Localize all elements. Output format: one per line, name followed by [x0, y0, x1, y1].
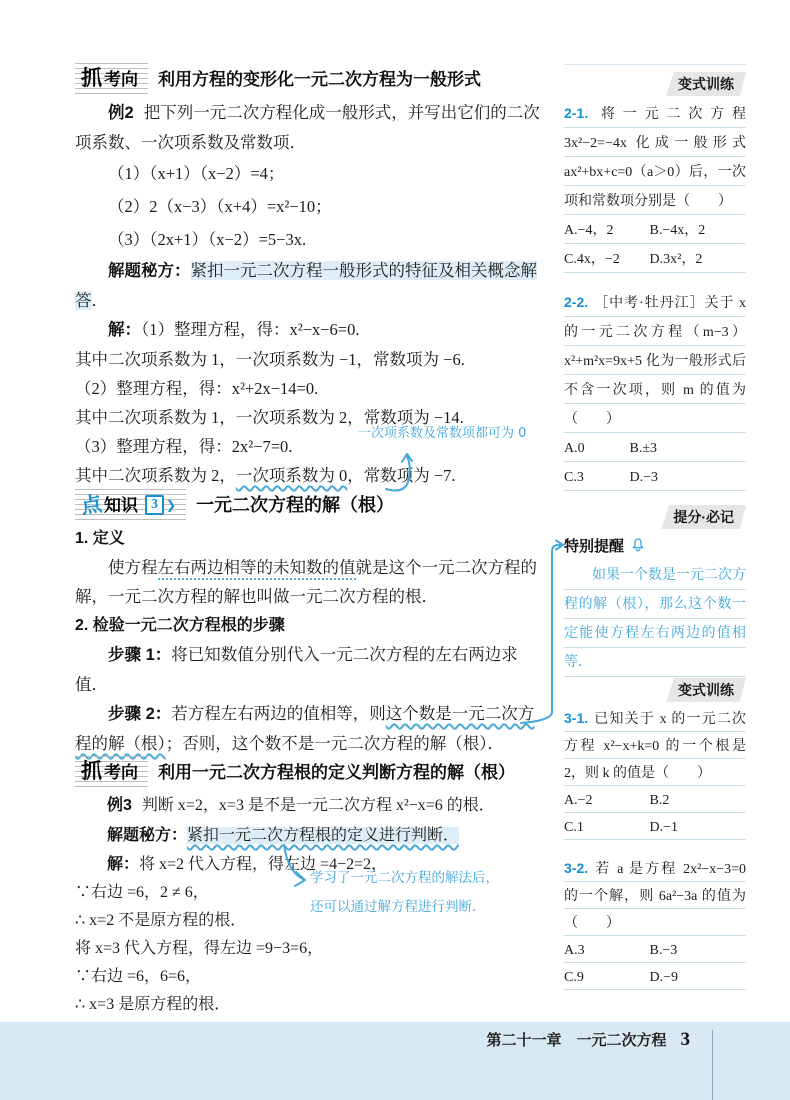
example3-solution-5: ∵右边 =6，6=6，: [75, 963, 547, 991]
problem-2-2-text: 2-2.［中考·牡丹江］关于 x 的一元二次方程（m−3）x²+m²x=9x+5…: [564, 288, 746, 434]
problem-number: 3-1.: [564, 710, 588, 726]
options-row: C.3D.−3: [564, 463, 746, 492]
definition-heading: 1. 定义: [75, 524, 547, 553]
page-number: 3: [681, 1029, 691, 1051]
example2-intro: 例2把下列一元二次方程化成一般形式，并写出它们的二次项系数、一次项系数及常数项．: [75, 98, 547, 157]
problem-text: 若 a 是方程 2x²−x−3=0 的一个解，则 6a²−3a 的值为（ ）: [564, 862, 746, 931]
footer-text: 第二十一章 一元二次方程 3: [486, 1029, 690, 1051]
problem-3-2-text: 3-2.若 a 是方程 2x²−x−3=0 的一个解，则 6a²−3a 的值为（…: [564, 855, 746, 937]
special-reminder-label: 特别提醒: [564, 535, 624, 556]
focus-heading-1: 抓考向 利用方程的变形化一元二次方程为一般形式: [75, 64, 547, 94]
coeff-3-wavy-emphasis: 一次项系数为 0: [236, 466, 347, 485]
section-knowledge-3: 点知识3❯ 一元二次方程的解（根） 1. 定义 使方程左右两边相等的未知数的值就…: [75, 490, 547, 758]
focus-badge-icon: 抓考向: [75, 756, 148, 789]
option-d: D.−1: [650, 814, 746, 841]
focus-badge-icon: 抓考向: [75, 63, 148, 96]
step-1-label: 步骤 1：: [108, 646, 171, 664]
sidebar-group-reminder: 提分·必记 特别提醒 如果一个数是一元二次方程的解（根），那么这个数一定能使方程…: [564, 505, 746, 677]
solution-eq-1: （1）整理方程，得：x²−x−6=0.: [141, 320, 360, 339]
chapter-title: 第二十一章 一元二次方程: [486, 1029, 666, 1050]
step-2: 步骤 2：若方程左右两边的值相等，则这个数是一元二次方程的解（根）；否则，这个数…: [75, 699, 547, 758]
knowledge-number-box: 3: [145, 495, 164, 515]
problem-text: 关于 x 的一元二次方程（m−3）x²+m²x=9x+5 化为一般形式后不含一次…: [564, 296, 746, 427]
handwritten-note-solving: 学习了一元二次方程的解法后， 还可以通过解方程进行判断．: [310, 864, 520, 922]
focus-title: 利用一元二次方程根的定义判断方程的解（根）: [158, 758, 515, 787]
problem-2-2: 2-2.［中考·牡丹江］关于 x 的一元二次方程（m−3）x²+m²x=9x+5…: [564, 288, 746, 492]
sidebar-group-variant-3: 变式训练 3-1.已知关于 x 的一元二次方程 x²−x+k=0 的一个根是 2…: [564, 678, 746, 991]
footer-divider: [712, 1030, 713, 1100]
option-c: C.4x，−2: [564, 245, 650, 274]
knowledge-title: 一元二次方程的解（根）: [196, 491, 394, 520]
knowledge-heading: 点知识3❯ 一元二次方程的解（根）: [75, 490, 547, 520]
example3-question: 例3判断 x=2，x=3 是不是一元二次方程 x²−x=6 的根．: [75, 791, 547, 821]
example3-question-text: 判断 x=2，x=3 是不是一元二次方程 x²−x=6 的根．: [142, 797, 495, 814]
option-b: B.2: [650, 787, 746, 814]
example2-label: 例2: [108, 104, 134, 122]
example3-label: 例3: [107, 797, 132, 814]
handwritten-note-coefficients: 一次项系数及常数项都可为 0: [358, 424, 553, 444]
focus-title: 利用方程的变形化一元二次方程为一般形式: [158, 65, 481, 94]
textbook-page: 抓考向 利用方程的变形化一元二次方程为一般形式 例2把下列一元二次方程化成一般形…: [0, 0, 790, 1100]
option-b: B.±3: [630, 434, 746, 463]
option-b: B.−3: [650, 937, 746, 964]
problem-text: 已知关于 x 的一元二次方程 x²−x+k=0 的一个根是 2，则 k 的值是（…: [564, 712, 746, 781]
focus-heading-2: 抓考向 利用一元二次方程根的定义判断方程的解（根）: [75, 757, 547, 787]
exam-source-tag: ［中考·牡丹江］: [593, 296, 704, 311]
chevron-right-icon: ❯: [166, 491, 176, 520]
options-row: C.1D.−1: [564, 814, 746, 841]
example2-items: （1）（x+1）（x−2）=4； （2）2（x−3）（x+4）=x²−10； （…: [75, 157, 547, 256]
options-row: A.−2B.2: [564, 787, 746, 814]
special-reminder-heading: 特别提醒: [564, 532, 746, 558]
option-d: D.−3: [630, 463, 746, 492]
option-c: C.3: [564, 463, 630, 492]
problem-3-1: 3-1.已知关于 x 的一元二次方程 x²−x+k=0 的一个根是 2，则 k …: [564, 705, 746, 841]
step-1: 步骤 1：将已知数值分别代入一元二次方程的左右两边求值．: [75, 640, 547, 699]
example2-intro-text: 把下列一元二次方程化成一般形式，并写出它们的二次项系数、一次项系数及常数项．: [75, 103, 540, 152]
problem-number: 3-2.: [564, 860, 588, 876]
definition-dotted-emphasis: 左右两边相等的未知数的值: [158, 558, 356, 580]
tip-label: 解题秘方：: [108, 262, 191, 280]
coeff-3-pre: 其中二次项系数为 2，: [75, 466, 236, 485]
options-row: C.4x，−2D.3x²，2: [564, 245, 746, 274]
definition-pre: 使方程: [108, 558, 158, 577]
page-footer: 第二十一章 一元二次方程 3: [0, 1022, 790, 1100]
variant-badge-row: 变式训练: [564, 72, 746, 94]
example2-item-1: （1）（x+1）（x−2）=4；: [75, 157, 547, 190]
option-a: A.0: [564, 434, 630, 463]
option-a: A.−4，2: [564, 216, 650, 245]
example2-item-3: （3）（2x+1）（x−2）=5−3x.: [75, 223, 547, 256]
example3-solution-4: 将 x=3 代入方程，得左边 =9−3=6，: [75, 935, 547, 963]
note-line: 还可以通过解方程进行判断．: [310, 893, 520, 922]
bell-icon: [630, 537, 646, 553]
options-row: A.0B.±3: [564, 434, 746, 463]
option-a: A.−2: [564, 787, 650, 814]
spacer: [564, 841, 746, 855]
tip-highlight-wavy: 紧扣一元二次方程根的定义进行判断．: [187, 827, 459, 844]
check-steps-heading: 2. 检验一元二次方程根的步骤: [75, 611, 547, 640]
option-d: D.3x²，2: [650, 245, 746, 274]
problem-3-2: 3-2.若 a 是方程 2x²−x−3=0 的一个解，则 6a²−3a 的值为（…: [564, 855, 746, 991]
spacer: [564, 274, 746, 288]
note-line: 学习了一元二次方程的解法后，: [310, 864, 520, 893]
options-row: C.9D.−9: [564, 964, 746, 991]
options-row: A.−4，2B.−4x，2: [564, 216, 746, 245]
step-2-label: 步骤 2：: [108, 705, 171, 723]
example2-solution-1: 解：（1）整理方程，得：x²−x−6=0.: [75, 315, 547, 345]
variant-training-badge: 变式训练: [666, 72, 746, 96]
sidebar-group-variant-2: 变式训练 2-1.将一元二次方程 3x²−2=−4x 化成一般形式 ax²+bx…: [564, 64, 746, 492]
option-b: B.−4x，2: [650, 216, 746, 245]
option-c: C.1: [564, 814, 650, 841]
boost-memorize-badge: 提分·必记: [661, 505, 746, 529]
option-a: A.3: [564, 937, 650, 964]
problem-number: 2-2.: [564, 294, 588, 310]
options-row: A.3B.−3: [564, 937, 746, 964]
knowledge-badge-icon: 点知识3❯: [75, 489, 186, 522]
step-2-pre: 若方程左右两边的值相等，则: [171, 704, 386, 723]
example2-coeff-3: 其中二次项系数为 2，一次项系数为 0，常数项为 −7.: [75, 461, 547, 490]
problem-2-1: 2-1.将一元二次方程 3x²−2=−4x 化成一般形式 ax²+bx+c=0（…: [564, 99, 746, 274]
problem-3-1-text: 3-1.已知关于 x 的一元二次方程 x²−x+k=0 的一个根是 2，则 k …: [564, 705, 746, 787]
tip-label: 解题秘方：: [107, 827, 187, 844]
boost-badge-row: 提分·必记: [564, 505, 746, 527]
problem-2-1-text: 2-1.将一元二次方程 3x²−2=−4x 化成一般形式 ax²+bx+c=0（…: [564, 99, 746, 216]
problem-text: 将一元二次方程 3x²−2=−4x 化成一般形式 ax²+bx+c=0（a＞0）…: [564, 107, 746, 209]
reminder-handwritten-note: 如果一个数是一元二次方程的解（根），那么这个数一定能使方程左右两边的值相等．: [564, 561, 746, 677]
coeff-3-post: ，常数项为 −7.: [347, 466, 455, 485]
option-d: D.−9: [650, 964, 746, 991]
definition-text: 使方程左右两边相等的未知数的值就是这个一元二次方程的解，一元二次方程的解也叫做一…: [75, 553, 547, 611]
solution-label: 解：: [107, 856, 139, 873]
example2-tip: 解题秘方：紧扣一元二次方程一般形式的特征及相关概念解答．: [75, 256, 547, 315]
example2-coeff-1: 其中二次项系数为 1，一次项系数为 −1，常数项为 −6.: [75, 345, 547, 374]
variant-training-badge: 变式训练: [666, 678, 746, 702]
example3-tip: 解题秘方：紧扣一元二次方程根的定义进行判断．: [75, 821, 547, 851]
step-2-post: ；否则，这个数不是一元二次方程的解（根）．: [166, 734, 504, 753]
problem-number: 2-1.: [564, 105, 588, 121]
example3-solution-6: ∴ x=3 是原方程的根．: [75, 991, 547, 1019]
reminder-text: 如果一个数是一元二次方程的解（根），那么这个数一定能使方程左右两边的值相等．: [564, 561, 746, 677]
tip-period: ．: [92, 291, 109, 310]
option-c: C.9: [564, 964, 650, 991]
solution-label: 解：: [108, 321, 141, 339]
variant-badge-row: 变式训练: [564, 678, 746, 700]
example2-solution-2: （2）整理方程，得：x²+2x−14=0.: [75, 374, 547, 403]
example2-item-2: （2）2（x−3）（x+4）=x²−10；: [75, 190, 547, 223]
